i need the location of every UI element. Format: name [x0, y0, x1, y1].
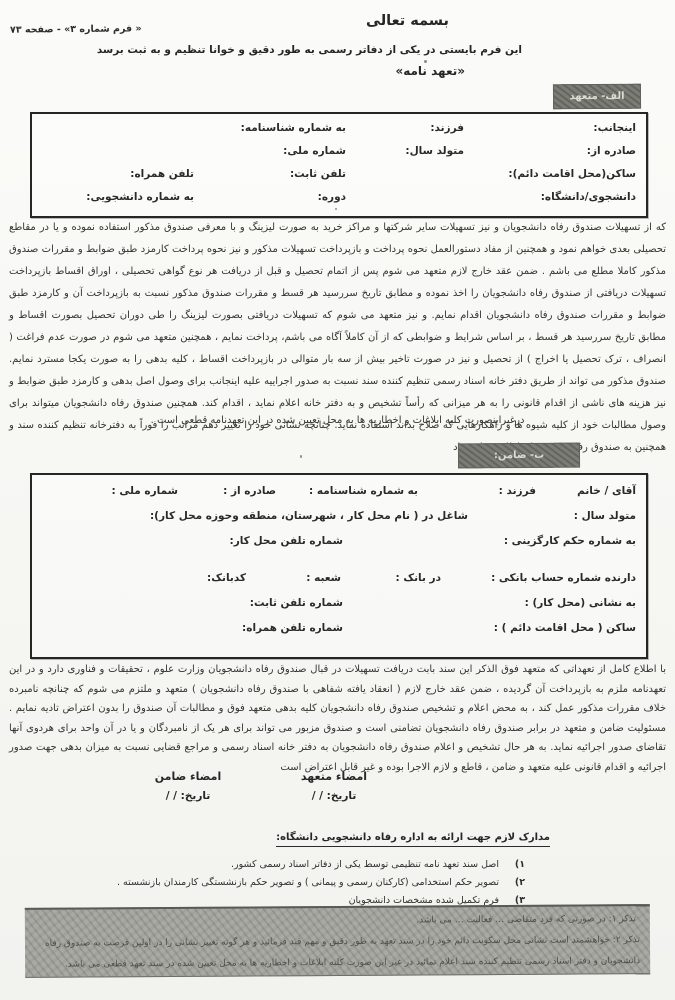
obligor-row-1: اینجانب: فرزند: به شماره شناسنامه: [42, 122, 636, 145]
list-item-number: ۲) [499, 874, 525, 892]
field-label-birth-year: متولد سال : [468, 510, 636, 522]
field-label-student-number: به شماره دانشجویی: [86, 191, 194, 203]
field-label-bank: در بانک : [341, 572, 441, 584]
field-label-program: دوره: [194, 191, 346, 203]
field-label-mobile: شماره تلفن همراه: [242, 622, 343, 634]
field-label-undersigned: اینجانب: [464, 122, 636, 134]
guarantor-row-1: آقای / خانم فرزند : به شماره شناسنامه : … [42, 485, 636, 510]
document-title: «تعهد نامه» [395, 64, 465, 78]
obligor-commitment-closing-line: درغیراینصورت کلیه ابلاغات و اخطاریه ها ب… [0, 415, 675, 426]
guarantor-fields-box: آقای / خانم فرزند : به شماره شناسنامه : … [30, 473, 648, 659]
field-label-child-of: فرزند: [346, 122, 464, 134]
field-label-branch: شعبه : [246, 572, 341, 584]
field-label-birth-year: متولد سال: [346, 145, 464, 157]
footer-remark-2-continued: دانشجویان و دفتر اسناد رسمی تنظیم کننده … [35, 951, 640, 976]
scan-speck [300, 455, 302, 458]
obligor-row-4: دانشجوی/دانشگاه: دوره: به شماره دانشجویی… [42, 191, 636, 214]
list-item: ۱) اصل سند تعهد نامه تنظیمی توسط یکی از … [60, 856, 525, 874]
field-label-mobile: تلفن همراه: [130, 168, 194, 180]
field-label-employment-decree-number: به شماره حکم کارگزینی : [343, 535, 636, 547]
footer-remarks-band: تذکر ۱: در صورتی که فرد متقاضی … فعالیت … [25, 904, 650, 978]
required-documents-heading: مدارک لازم جهت ارائه به اداره رفاه دانشج… [276, 832, 550, 847]
guarantor-row-2: متولد سال : شاغل در ( نام محل کار ، شهرس… [42, 510, 636, 535]
field-label-landline: تلفن ثابت: [194, 168, 346, 180]
guarantor-row-3: به شماره حکم کارگزینی : شماره تلفن محل ک… [42, 535, 636, 560]
list-item: ۲) تصویر حکم استخدامی (کارکنان رسمی و پی… [60, 874, 525, 892]
field-label-bank-code: کدبانک: [207, 572, 246, 584]
field-label-id-number: به شماره شناسنامه: [241, 122, 346, 134]
field-label-issued-from: صادره از: [464, 145, 636, 157]
form-instruction-line: این فرم بایستی در یکی از دفاتر رسمی به ط… [97, 44, 522, 56]
field-label-work-address: به نشانی (محل کار) : [343, 597, 636, 609]
field-label-workplace: شاغل در ( نام محل کار ، شهرستان، منطقه و… [150, 510, 468, 522]
field-label-permanent-residence: ساکن ( محل اقامت دائم ) : [343, 622, 636, 634]
field-label-child-of: فرزند : [418, 485, 536, 497]
list-item-text: تصویر حکم استخدامی (کارکنان رسمی و پیمان… [117, 874, 499, 892]
obligor-signature-label: امضاء متعهد [249, 770, 419, 783]
obligor-row-3: ساکن(محل اقامت دائم): تلفن ثابت: تلفن هم… [42, 168, 636, 191]
list-item-number: ۱) [499, 856, 525, 874]
field-label-permanent-residence: ساکن(محل اقامت دائم): [346, 168, 636, 180]
obligor-row-2: صادره از: متولد سال: شماره ملی: [42, 145, 636, 168]
scan-speck [424, 60, 427, 63]
obligor-signature-date: تاریخ: / / [249, 790, 419, 802]
field-label-national-id: شماره ملی : [112, 485, 178, 497]
field-label-bank-account-holder: دارنده شماره حساب بانکی : [441, 572, 636, 584]
list-item-text: اصل سند تعهد نامه تنظیمی توسط یکی از دفا… [231, 856, 499, 874]
field-label-landline: شماره تلفن ثابت: [250, 597, 343, 609]
required-documents-list: ۱) اصل سند تعهد نامه تنظیمی توسط یکی از … [60, 856, 525, 910]
field-label-university: دانشجوی/دانشگاه: [346, 191, 636, 203]
guarantor-signature-label: امضاء ضامن [118, 770, 258, 783]
scan-speck [335, 208, 337, 210]
guarantor-signature-date: تاریخ: / / [118, 790, 258, 802]
bismillah-heading: بسمه تعالی [366, 13, 449, 29]
field-label-national-id: شماره ملی: [283, 145, 346, 157]
guarantor-row-6: ساکن ( محل اقامت دائم ) : شماره تلفن همر… [42, 622, 636, 647]
field-label-mr-mrs: آقای / خانم [536, 485, 636, 497]
guarantor-row-5: به نشانی (محل کار) : شماره تلفن ثابت: [42, 597, 636, 622]
field-label-issued-from: صادره از : [178, 485, 276, 497]
guarantor-signature-block: امضاء ضامن تاریخ: / / [118, 770, 258, 802]
obligor-signature-block: امضاء متعهد تاریخ: / / [249, 770, 419, 802]
section-a-obligor-stamp: الف- متعهد [553, 84, 641, 110]
guarantor-commitment-text: با اطلاع کامل از تعهداتی که متعهد فوق ال… [9, 660, 666, 777]
guarantor-row-4: دارنده شماره حساب بانکی : در بانک : شعبه… [42, 572, 636, 597]
form-reference-number: « فرم شماره ۳» - صفحه ۷۳ [10, 23, 142, 35]
obligor-fields-box: اینجانب: فرزند: به شماره شناسنامه: صادره… [30, 112, 648, 218]
section-b-guarantor-stamp: ب- ضامن: [458, 443, 580, 469]
field-label-work-phone: شماره تلفن محل کار: [230, 535, 344, 547]
field-label-id-number: به شماره شناسنامه : [276, 485, 418, 497]
scanned-form-page: « فرم شماره ۳» - صفحه ۷۳ بسمه تعالی این … [0, 0, 675, 1000]
